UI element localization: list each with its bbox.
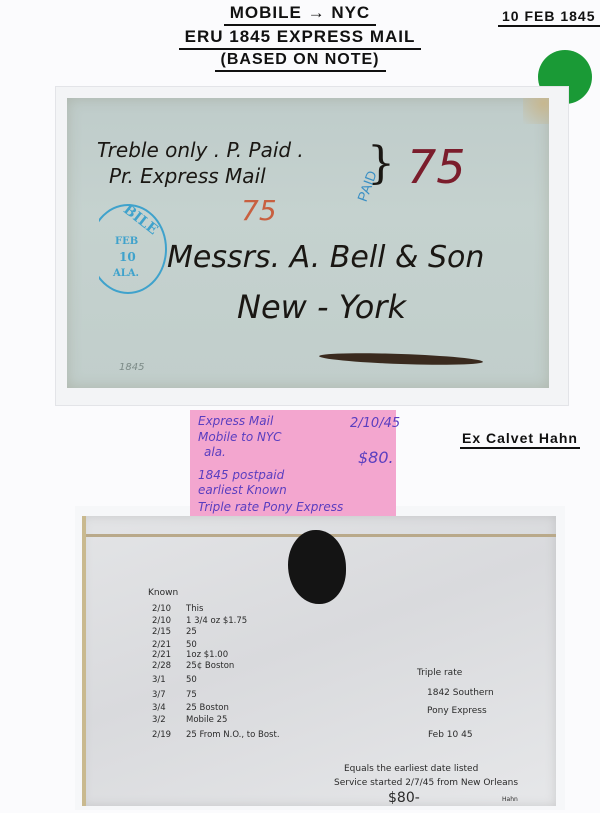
known-entry: 3/2Mobile 25	[152, 715, 227, 725]
back-price: $80-	[388, 790, 420, 806]
known-entry: 2/211oz $1.00	[152, 650, 228, 660]
known-entry-date: 2/15	[152, 627, 186, 637]
manuscript-rate: 75	[407, 140, 466, 194]
provenance-label: Ex Calvet Hahn	[460, 430, 580, 449]
known-entry-date: 3/1	[152, 675, 186, 685]
address-line-2: New - York	[237, 288, 406, 326]
known-entry-note: Mobile 25	[186, 715, 227, 725]
known-entry: 3/150	[152, 675, 197, 685]
wax-seal	[288, 530, 346, 604]
known-entry-date: 3/7	[152, 690, 186, 700]
postmark-circle-icon: BILE FEB 10 ALA.	[89, 204, 167, 294]
known-entry: 3/775	[152, 690, 197, 700]
pencil-year: 1845	[119, 362, 144, 373]
right-note: Triple rate	[417, 668, 462, 678]
known-entry: 2/1925 From N.O., to Bost.	[152, 730, 280, 740]
bottom-note: Equals the earliest date listed	[344, 764, 478, 774]
known-entry-note: 1oz $1.00	[186, 650, 228, 660]
known-entry-note: 25¢ Boston	[186, 661, 234, 671]
known-entry: 2/1525	[152, 627, 197, 637]
known-entry-note: 25 From N.O., to Bost.	[186, 730, 280, 740]
known-entry-note: This	[186, 604, 203, 614]
known-title: Known	[148, 588, 178, 598]
address-line-1: Messrs. A. Bell & Son	[167, 240, 484, 275]
note-line: Triple rate Pony Express	[198, 500, 343, 514]
known-entry-date: 2/10	[152, 604, 186, 614]
right-note: Feb 10 45	[428, 730, 473, 740]
postmark-month: FEB	[115, 236, 138, 247]
known-entry-note: 25	[186, 627, 197, 637]
known-entry-note: 50	[186, 675, 197, 685]
note-price: $80.	[358, 448, 394, 467]
postmark-state: ALA.	[113, 268, 139, 279]
ink-smear	[319, 351, 483, 367]
note-line: Express Mail	[198, 414, 273, 428]
cover-front-image[interactable]: Treble only . P. Paid . Pr. Express Mail…	[67, 98, 549, 388]
fold-edge	[82, 516, 86, 806]
known-entry-note: 75	[186, 690, 197, 700]
note-line: 1845 postpaid	[198, 468, 284, 482]
postmark-day: 10	[119, 250, 136, 264]
title-subtitle: ERU 1845 EXPRESS MAIL	[0, 27, 600, 50]
bottom-note: Service started 2/7/45 from New Orleans	[334, 778, 518, 788]
known-entry-note: 25 Boston	[186, 703, 229, 713]
known-entry-date: 2/10	[152, 616, 186, 626]
known-entry: 2/10This	[152, 604, 203, 614]
known-entry-date: 2/21	[152, 650, 186, 660]
known-entry-date: 2/21	[152, 640, 186, 650]
note-date: 2/10/45	[350, 416, 400, 431]
cover-back-image[interactable]: Known 2/10This2/101 3/4 oz $1.752/15252/…	[82, 516, 556, 806]
note-line: ala.	[204, 445, 226, 459]
known-entry-date: 3/2	[152, 715, 186, 725]
manuscript-line-1: Treble only . P. Paid .	[97, 138, 304, 162]
known-entry-note: 1 3/4 oz $1.75	[186, 616, 247, 626]
date-label: 10 FEB 1845	[498, 8, 600, 27]
known-entry-date: 2/28	[152, 661, 186, 671]
title-note: (BASED ON NOTE)	[0, 51, 600, 72]
known-entry: 2/2150	[152, 640, 197, 650]
known-entry: 3/425 Boston	[152, 703, 229, 713]
known-entry-date: 3/4	[152, 703, 186, 713]
handstamp-rate: 75	[241, 194, 277, 227]
note-line: Mobile to NYC	[198, 430, 282, 444]
right-note: Pony Express	[427, 706, 487, 716]
note-line: earliest Known	[198, 483, 287, 497]
pink-note: Express Mail Mobile to NYC ala. 1845 pos…	[190, 410, 396, 520]
postmark-town: BILE	[120, 202, 161, 239]
back-signature: Hahn	[502, 796, 518, 803]
manuscript-line-2: Pr. Express Mail	[109, 164, 266, 188]
known-entry-date: 2/19	[152, 730, 186, 740]
right-note: 1842 Southern	[427, 688, 494, 698]
known-entry-note: 50	[186, 640, 197, 650]
known-entry: 2/2825¢ Boston	[152, 661, 234, 671]
known-entry: 2/101 3/4 oz $1.75	[152, 616, 247, 626]
